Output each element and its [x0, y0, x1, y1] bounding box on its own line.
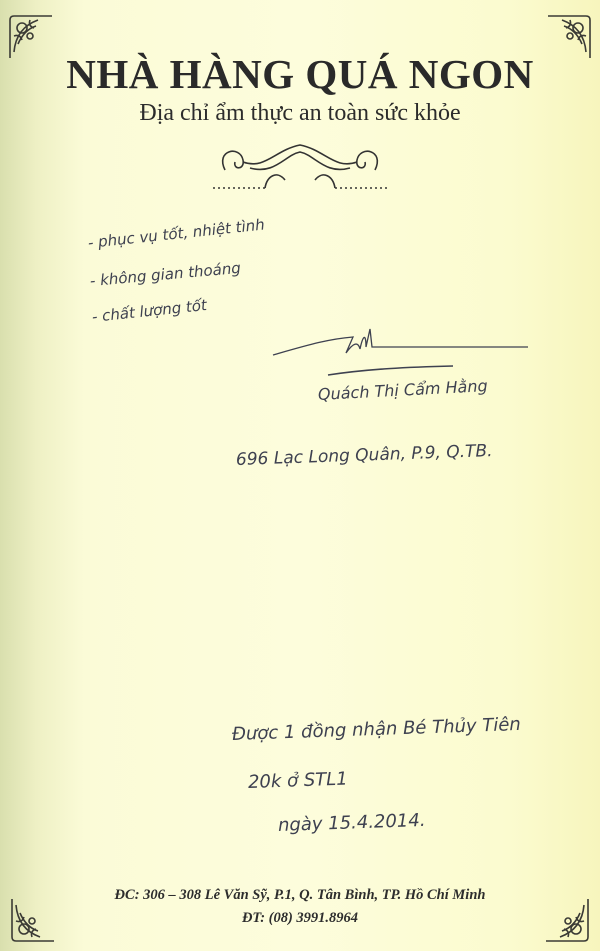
handwritten-note: - phục vụ tốt, nhiệt tình: [87, 215, 265, 251]
handwritten-date: ngày 15.4.2014.: [278, 810, 426, 836]
handwritten-remark: 20k ở STL1: [248, 769, 348, 793]
guestbook-page: NHÀ HÀNG QUÁ NGON Địa chỉ ẩm thực an toà…: [0, 0, 600, 951]
footer-phone: ĐT: (08) 3991.8964: [0, 910, 600, 927]
signature: [268, 325, 533, 385]
restaurant-title: NHÀ HÀNG QUÁ NGON: [0, 50, 600, 98]
restaurant-tagline: Địa chỉ ẩm thực an toàn sức khỏe: [0, 100, 600, 127]
scroll-flourish-icon: [205, 140, 395, 192]
corner-flourish-bottom-left-icon: [10, 897, 56, 943]
footer-address: ĐC: 306 – 308 Lê Văn Sỹ, P.1, Q. Tân Bìn…: [0, 887, 600, 904]
handwritten-note: - không gian thoáng: [89, 259, 241, 290]
signer-address: 696 Lạc Long Quân, P.9, Q.TB.: [236, 441, 493, 470]
corner-flourish-bottom-right-icon: [544, 897, 590, 943]
handwritten-remark: Được 1 đồng nhận Bé Thủy Tiên: [232, 714, 522, 745]
handwritten-note: - chất lượng tốt: [91, 296, 208, 326]
